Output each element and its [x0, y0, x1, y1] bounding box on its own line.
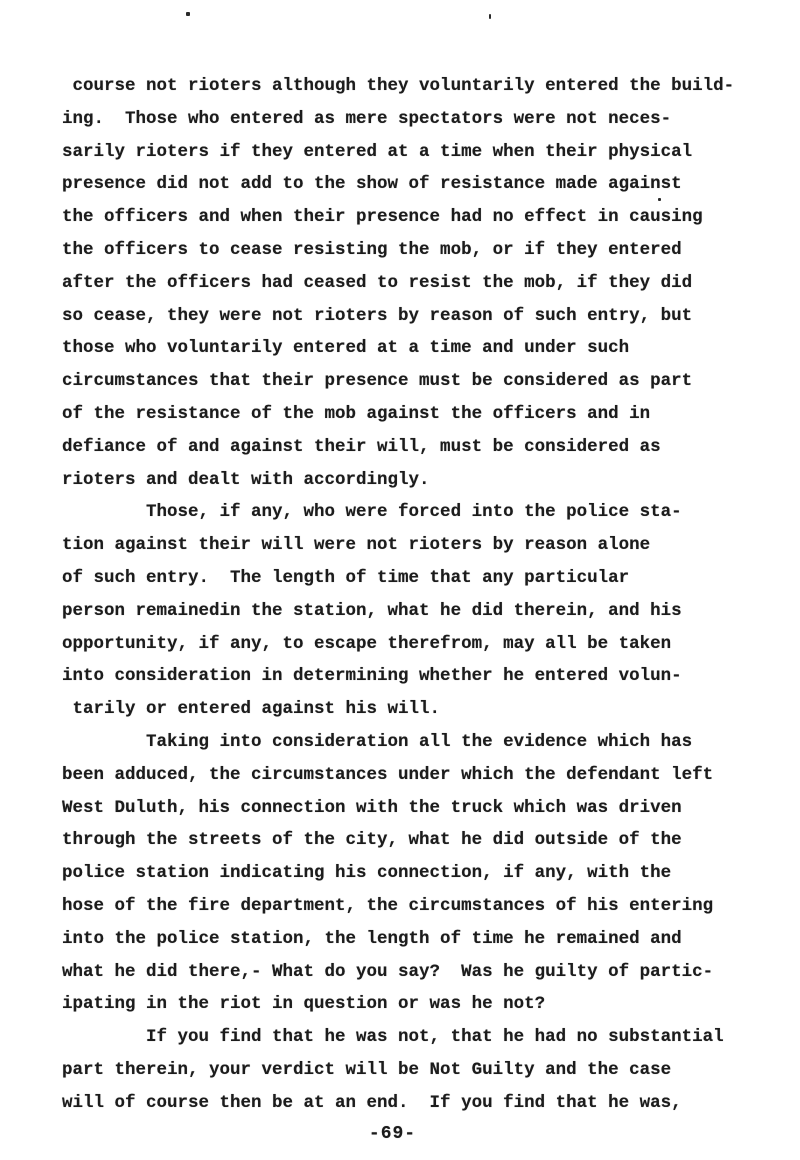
text-line: ing. Those who entered as mere spectator…	[62, 103, 742, 136]
text-line: so cease, they were not rioters by reaso…	[62, 300, 742, 333]
text-line: person remainedin the station, what he d…	[62, 595, 742, 628]
text-line: Those, if any, who were forced into the …	[62, 496, 742, 529]
text-line: part therein, your verdict will be Not G…	[62, 1054, 742, 1087]
text-line: will of course then be at an end. If you…	[62, 1087, 742, 1120]
text-line: ipating in the riot in question or was h…	[62, 988, 742, 1021]
text-line: presence did not add to the show of resi…	[62, 168, 742, 201]
document-page: course not rioters although they volunta…	[0, 0, 800, 1160]
text-line: West Duluth, his connection with the tru…	[62, 792, 742, 825]
page-number: -69-	[62, 1118, 723, 1151]
text-line: the officers to cease resisting the mob,…	[62, 234, 742, 267]
text-line: opportunity, if any, to escape therefrom…	[62, 628, 742, 661]
text-line: after the officers had ceased to resist …	[62, 267, 742, 300]
text-line: through the streets of the city, what he…	[62, 824, 742, 857]
text-line: rioters and dealt with accordingly.	[62, 464, 742, 497]
text-line: tarily or entered against his will.	[62, 693, 742, 726]
text-line: If you find that he was not, that he had…	[62, 1021, 742, 1054]
text-line: of the resistance of the mob against the…	[62, 398, 742, 431]
text-line: into the police station, the length of t…	[62, 923, 742, 956]
text-line: sarily rioters if they entered at a time…	[62, 136, 742, 169]
text-line: course not rioters although they volunta…	[62, 70, 742, 103]
text-line: police station indicating his connection…	[62, 857, 742, 890]
text-line: circumstances that their presence must b…	[62, 365, 742, 398]
text-line: of such entry. The length of time that a…	[62, 562, 742, 595]
text-line: into consideration in determining whethe…	[62, 660, 742, 693]
text-line: been adduced, the circumstances under wh…	[62, 759, 742, 792]
text-line: Taking into consideration all the eviden…	[62, 726, 742, 759]
text-line: the officers and when their presence had…	[62, 201, 742, 234]
ink-speck	[489, 14, 491, 19]
text-line: tion against their will were not rioters…	[62, 529, 742, 562]
body-text: course not rioters although they volunta…	[62, 70, 742, 1120]
text-line: hose of the fire department, the circums…	[62, 890, 742, 923]
text-line: defiance of and against their will, must…	[62, 431, 742, 464]
ink-speck	[186, 12, 190, 16]
text-line: those who voluntarily entered at a time …	[62, 332, 742, 365]
text-line: what he did there,- What do you say? Was…	[62, 956, 742, 989]
